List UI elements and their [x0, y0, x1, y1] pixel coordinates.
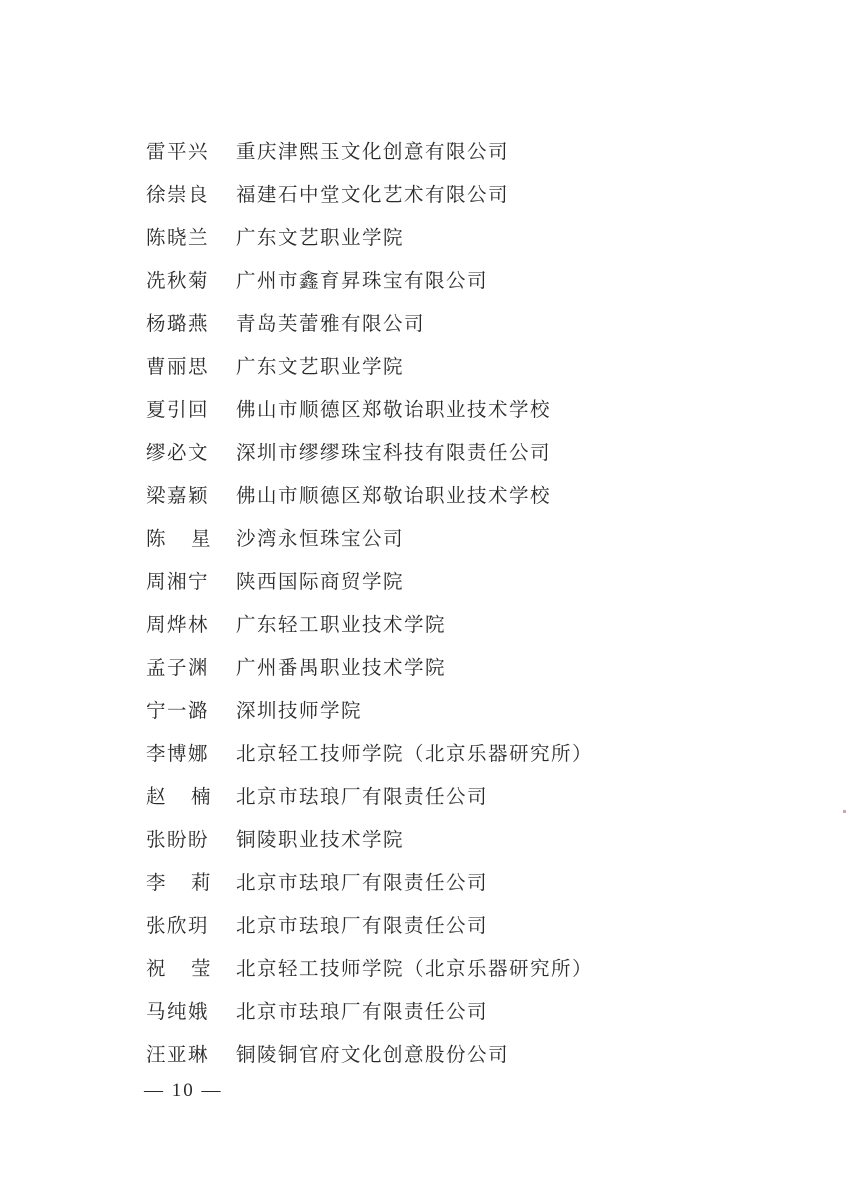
person-name: 赵楠 [146, 781, 212, 809]
person-name: 祝莹 [146, 953, 212, 981]
organization: 沙湾永恒珠宝公司 [236, 523, 404, 551]
name-list: 雷平兴重庆津熙玉文化创意有限公司 徐崇良福建石中堂文化艺术有限公司 陈晓兰广东文… [146, 128, 593, 1074]
person-name: 张欣玥 [146, 910, 236, 938]
list-item: 张盼盼铜陵职业技术学院 [146, 816, 593, 859]
list-item: 周湘宁陕西国际商贸学院 [146, 558, 593, 601]
name-char: 李 [146, 867, 167, 895]
name-char: 莹 [191, 953, 212, 981]
person-name: 张盼盼 [146, 824, 236, 852]
organization: 广州市鑫育昇珠宝有限公司 [236, 265, 488, 293]
organization: 佛山市顺德区郑敬诒职业技术学校 [236, 394, 551, 422]
organization: 广州番禺职业技术学院 [236, 652, 446, 680]
organization: 北京轻工技师学院（北京乐器研究所） [236, 738, 593, 766]
name-char: 祝 [146, 953, 167, 981]
person-name: 雷平兴 [146, 136, 236, 164]
list-item: 张欣玥北京市珐琅厂有限责任公司 [146, 902, 593, 945]
organization: 佛山市顺德区郑敬诒职业技术学校 [236, 480, 551, 508]
organization: 铜陵铜官府文化创意股份公司 [236, 1039, 509, 1067]
list-item: 周烨林广东轻工职业技术学院 [146, 601, 593, 644]
organization: 北京轻工技师学院（北京乐器研究所） [236, 953, 593, 981]
list-item: 李莉北京市珐琅厂有限责任公司 [146, 859, 593, 902]
organization: 陕西国际商贸学院 [236, 566, 404, 594]
person-name: 陈晓兰 [146, 222, 236, 250]
name-char: 陈 [146, 523, 167, 551]
organization: 广东文艺职业学院 [236, 351, 404, 379]
person-name: 梁嘉颖 [146, 480, 236, 508]
list-item: 冼秋菊广州市鑫育昇珠宝有限公司 [146, 257, 593, 300]
list-item: 祝莹北京轻工技师学院（北京乐器研究所） [146, 945, 593, 988]
list-item: 汪亚琳铜陵铜官府文化创意股份公司 [146, 1031, 593, 1074]
person-name: 孟子渊 [146, 652, 236, 680]
person-name: 马纯娥 [146, 996, 236, 1024]
person-name: 李博娜 [146, 738, 236, 766]
list-item: 赵楠北京市珐琅厂有限责任公司 [146, 773, 593, 816]
name-char: 楠 [191, 781, 212, 809]
list-item: 徐崇良福建石中堂文化艺术有限公司 [146, 171, 593, 214]
organization: 重庆津熙玉文化创意有限公司 [236, 136, 509, 164]
organization: 北京市珐琅厂有限责任公司 [236, 996, 488, 1024]
organization: 青岛芙蕾雅有限公司 [236, 308, 425, 336]
organization: 福建石中堂文化艺术有限公司 [236, 179, 509, 207]
person-name: 汪亚琳 [146, 1039, 236, 1067]
list-item: 孟子渊广州番禺职业技术学院 [146, 644, 593, 687]
person-name: 周湘宁 [146, 566, 236, 594]
name-char: 莉 [191, 867, 212, 895]
organization: 深圳市缪缪珠宝科技有限责任公司 [236, 437, 551, 465]
person-name: 曹丽思 [146, 351, 236, 379]
page-number: — 10 — [144, 1080, 223, 1102]
list-item: 陈晓兰广东文艺职业学院 [146, 214, 593, 257]
person-name: 缪必文 [146, 437, 236, 465]
list-item: 曹丽思广东文艺职业学院 [146, 343, 593, 386]
list-item: 宁一潞深圳技师学院 [146, 687, 593, 730]
person-name: 陈星 [146, 523, 212, 551]
list-item: 杨璐燕青岛芙蕾雅有限公司 [146, 300, 593, 343]
organization: 北京市珐琅厂有限责任公司 [236, 910, 488, 938]
name-char: 星 [191, 523, 212, 551]
list-item: 梁嘉颖佛山市顺德区郑敬诒职业技术学校 [146, 472, 593, 515]
list-item: 夏引回佛山市顺德区郑敬诒职业技术学校 [146, 386, 593, 429]
name-char: 赵 [146, 781, 167, 809]
person-name: 李莉 [146, 867, 212, 895]
person-name: 杨璐燕 [146, 308, 236, 336]
list-item: 雷平兴重庆津熙玉文化创意有限公司 [146, 128, 593, 171]
organization: 铜陵职业技术学院 [236, 824, 404, 852]
organization: 深圳技师学院 [236, 695, 362, 723]
person-name: 周烨林 [146, 609, 236, 637]
document-page: 雷平兴重庆津熙玉文化创意有限公司 徐崇良福建石中堂文化艺术有限公司 陈晓兰广东文… [0, 0, 848, 1200]
scan-artifact [843, 810, 846, 813]
person-name: 徐崇良 [146, 179, 236, 207]
organization: 北京市珐琅厂有限责任公司 [236, 781, 488, 809]
organization: 广东文艺职业学院 [236, 222, 404, 250]
person-name: 夏引回 [146, 394, 236, 422]
person-name: 冼秋菊 [146, 265, 236, 293]
person-name: 宁一潞 [146, 695, 236, 723]
list-item: 缪必文深圳市缪缪珠宝科技有限责任公司 [146, 429, 593, 472]
list-item: 马纯娥北京市珐琅厂有限责任公司 [146, 988, 593, 1031]
organization: 广东轻工职业技术学院 [236, 609, 446, 637]
list-item: 李博娜北京轻工技师学院（北京乐器研究所） [146, 730, 593, 773]
organization: 北京市珐琅厂有限责任公司 [236, 867, 488, 895]
list-item: 陈星沙湾永恒珠宝公司 [146, 515, 593, 558]
